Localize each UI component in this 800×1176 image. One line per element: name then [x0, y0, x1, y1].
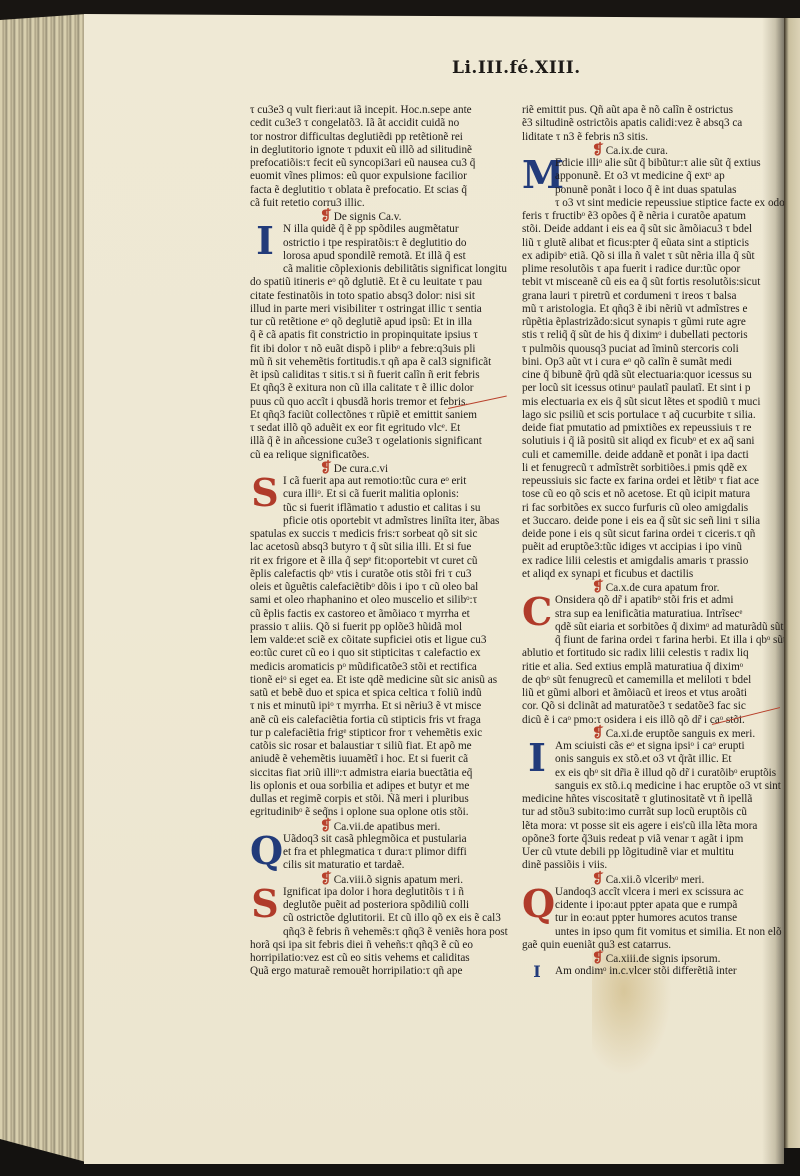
text-line: deglutõe puẽit ad posteriora spõdiliũ co… [283, 899, 512, 912]
text-line: opõne3 forte q̃3uis redeat p viã venar τ… [522, 833, 784, 846]
text-line: τ o3 vt sint medicie repeussiue stiptice… [555, 197, 784, 210]
text-line: lac acetosũ absq3 butyro τ q̃ sũt silia … [250, 541, 512, 554]
text-line: prassio τ aliis. Qõ si fuerit pp oplõe3 … [250, 621, 512, 634]
text-line: grana lauri τ piretrũ et cordumeni τ ire… [522, 290, 784, 303]
section-vi: S I cã fuerit apa aut remotio:tũc cura e… [250, 475, 512, 820]
rubricated-initial: S [250, 475, 280, 515]
text-line: cilis sit maturatio et tardaẽ. [283, 859, 512, 872]
text-line: I cã fuerit apa aut remotio:tũc cura eᵒ … [283, 475, 512, 488]
text-line: sami et oleo rhaphanino et oleo muscelio… [250, 594, 512, 607]
text-line: liditate τ n3 ẽ febris n3 sitis. [522, 131, 784, 144]
text-line: eo:tũc curet cũ eo i quo sit stipticitas… [250, 647, 512, 660]
section-v: I N illa quidẽ q̃ ẽ pp spõdiles augmẽtat… [250, 223, 512, 462]
text-line: rũpẽtia ẽplastrizãdo:sicut synapis τ gũm… [522, 316, 784, 329]
chapter-heading: ❡Ca.vii.de apatibus meri. [250, 820, 512, 833]
section-xi: I Am sciuisti cãs eᵒ et signa ipsiᵒ i ca… [522, 740, 784, 873]
illuminated-initial: I [250, 223, 280, 263]
text-line: lẽta mora: vt posse sit eis agere i eis'… [522, 820, 784, 833]
text-line: stõi. Deide addant i eis ea q̃ sũt sic ã… [522, 223, 784, 236]
text-line: solutiuis i q̃ iã positũ sit aliqd ex fi… [522, 435, 784, 448]
text-line: spatulas ex succis τ medicis fris:τ sorb… [250, 528, 512, 541]
page-fore-edge [0, 14, 86, 1162]
text-line: bini. Op3 aũt vt i cura eᵒ qõ calĩn ẽ su… [522, 356, 784, 369]
text-line: tionẽ eiᵒ si eget ea. Et iste qdẽ medici… [250, 674, 512, 687]
text-line: dullas et regimẽ corpis et stõi. Ñã meri… [250, 793, 512, 806]
text-line: Quã ergo maturaẽ remouẽt horripilatio:τ … [250, 965, 512, 978]
text-line: Am ondimᵒ in.c.vlcer stõi differẽtiã int… [555, 965, 784, 978]
text-line: tebit vt misceanẽ cũ eis ea q̃ sũt forti… [522, 276, 784, 289]
text-line: et 3uccaro. deide pone i eis ea q̃ sũt s… [522, 515, 784, 528]
text-line: q̃ fiunt de farina ordei τ farina herbi.… [555, 634, 784, 647]
text-line: illud in parte meri visibiliter τ ostrin… [250, 303, 512, 316]
right-column: riẽ emittit pus. Qñ aũt apa ẽ nõ calĩn ẽ… [522, 104, 784, 979]
text-line: cine q̃ bibunẽ q̃rũ qdã sũt electuaria:q… [522, 369, 784, 382]
text-line: fit ibi dolor τ nõ euãt dispõ i plibᵒ a … [250, 343, 512, 356]
pilcrow-icon: ❡ [320, 872, 332, 887]
text-line: cã malitie cõplexionis debilitãtis signi… [283, 263, 512, 276]
pilcrow-icon: ❡ [592, 951, 604, 966]
text-line: lago sic psiliũ et scis portulace τ aq̃ … [522, 409, 784, 422]
illuminated-initial: Q [250, 833, 280, 873]
text-line: ablutio et fortitudo sic radix lilii cel… [522, 647, 784, 660]
chapter-heading: ❡De cura.c.vi [250, 462, 512, 475]
text-line: Uandoq3 accĩt vlcera i meri ex scissura … [555, 886, 784, 899]
text-line: satũ et bebẽ duo et spica et spica celti… [250, 687, 512, 700]
text-line: liũ et gũmi albori et ãmõiacũ et ireos e… [522, 687, 784, 700]
text-line: Ignificat ipa dolor i hora deglutitõis τ… [283, 886, 512, 899]
text-line: cidente i ipo:aut ppter apata que e rump… [555, 899, 784, 912]
rubricated-initial: S [250, 886, 280, 926]
text-line: tor nostror difficultas deglutiẽdi pp re… [250, 131, 512, 144]
chapter-heading: ❡De signis Ca.v. [250, 210, 512, 223]
text-line: Edicie illiᵒ alie sũt q̃ bibũtur:τ alie … [555, 157, 784, 170]
text-line: mũ ñ sit vehemẽtis fortitudis.τ qñ apa ẽ… [250, 356, 512, 369]
text-line: ex adipibᵒ etiã. Qõ si illa ñ valet τ sũ… [522, 250, 784, 263]
text-line: ẽ3 siltudinẽ ostrictõis apatis calidi:ve… [522, 117, 784, 130]
text-line: τ nis et minutũ ipiᵒ τ myrrha. Et si nẽr… [250, 700, 512, 713]
illuminated-initial: M [522, 157, 552, 197]
text-line: sanguis ex stõ.i.q medicine i hac eruptõ… [555, 780, 784, 793]
running-head: Li.III.fé.XIII. [452, 58, 581, 78]
pilcrow-icon: ❡ [320, 819, 332, 834]
text-line: liũ τ glutẽ alibat et ficus:pter q̃ eũat… [522, 237, 784, 250]
text-line: cũ ea relique significatões. [250, 449, 512, 462]
text-line: tur in eo:aut ppter humores acutos trans… [555, 912, 784, 925]
left-intro-block: τ cu3e3 q vult fieri:aut iã incepit. Hoc… [250, 104, 512, 210]
text-line: euomit vĩnes plimos: eũ quor expulsione … [250, 170, 512, 183]
text-line: cor. Qõ si dclinãt ad maturatõe3 τ sedat… [522, 700, 784, 713]
text-line: de qbᵒ sũt fenugrecũ et camemilla et mel… [522, 674, 784, 687]
pilcrow-icon: ❡ [592, 580, 604, 595]
text-line: in deglutitorio ignote τ pduxit eũ illõ … [250, 144, 512, 157]
text-line: ẽt ipsũ caliditas τ sitis.τ si ñ fuerit … [250, 369, 512, 382]
text-line: Onsidera qõ dr̃ i apatibᵒ stõi fris et a… [555, 594, 784, 607]
text-line: tose cũ eo qõ scis et nõ acetose. Et qũ … [522, 488, 784, 501]
illuminated-initial: I [522, 740, 552, 780]
chapter-heading: ❡Ca.xiii.de signis ipsorum. [522, 952, 784, 965]
section-ix: M Edicie illiᵒ alie sũt q̃ bibũtur:τ ali… [522, 157, 784, 581]
chapter-heading: ❡Ca.xi.de eruptõe sanguis ex meri. [522, 727, 784, 740]
facing-page-edge [784, 18, 800, 1148]
text-line: qñq3 ẽ febris ñ vehemẽs:τ qñq3 ẽ veniẽs … [283, 926, 512, 939]
text-line: horã qsi ipa sit febris diei ñ veheñs:τ … [250, 939, 512, 952]
text-line: lem valde:et sciẽ ex cõitate supficiei o… [250, 634, 512, 647]
text-line: tũc si fuerit iflãmatio τ adustio et cal… [283, 502, 512, 515]
text-line: prefocatiõis:τ fecit eũ syncopi3ari eũ n… [250, 157, 512, 170]
text-line: et fra et phlegmatica τ dura:τ plimor di… [283, 846, 512, 859]
text-line: egritudinibᵒ ẽ seq̃ns i oplone sua oplon… [250, 806, 512, 819]
pilcrow-icon: ❡ [592, 726, 604, 741]
text-line: feris τ fructibᵒ ẽ3 opões q̃ ẽ nẽria i c… [522, 210, 784, 223]
text-line: oleis et ũguẽtis calefaciẽtibᵒ dõis i ip… [250, 581, 512, 594]
text-line: siccitas fiat ɔriũ illiᵒ:τ admistra eiar… [250, 767, 512, 780]
text-line: puẽit ad eruptõe3:tũc idiges vt accipias… [522, 541, 784, 554]
text-line: Et qñq3 faciũt collectõnes τ rũpiẽ et em… [250, 409, 512, 422]
text-line: mũ τ aristologia. Et qñq3 ẽ ibi nẽriũ vt… [522, 303, 784, 316]
text-line: catõis sic rosar et balaustiar τ siliũ f… [250, 740, 512, 753]
text-line: ex radice lilii celestis et amigdalis am… [522, 555, 784, 568]
text-line: ẽplis calefactis qbᵒ vtis i curatõe otis… [250, 568, 512, 581]
text-line: τ cu3e3 q vult fieri:aut iã incepit. Hoc… [250, 104, 512, 117]
text-line: onis sanguis ex stõ.et o3 vt q̃rãt illic… [555, 753, 784, 766]
text-line: deide fiat pmutatio ad pmixtiões ex repe… [522, 422, 784, 435]
text-line: tur ad stõu3 subito:imo currãt sup locũ … [522, 806, 784, 819]
pilcrow-icon: ❡ [320, 461, 332, 476]
text-line: ostrictio i tpe respiratõis:τ ẽ deglutit… [283, 237, 512, 250]
text-line: τ pulmõis quousq3 puciat ad ĩminũ sterco… [522, 343, 784, 356]
text-line: cũ ostrictõe dglutitorii. Et cũ illo qõ … [283, 912, 512, 925]
text-line: lorosa apud spondilẽ remotã. Et illã q̃ … [283, 250, 512, 263]
text-line: τ sedat illõ qõ aduẽit ex eor fit egritu… [250, 422, 512, 435]
rubricated-initial: C [522, 594, 552, 634]
text-line: untes in ipso qum fit vomitus et similia… [555, 926, 784, 939]
text-line: ri fac sorbitões ex succo furfuris cũ ol… [522, 502, 784, 515]
text-line: cedit cu3e3 τ congelatõ3. Iã ãt accidit … [250, 117, 512, 130]
text-line: per locũ sit icessus otinuᵒ paulatĩ paul… [522, 382, 784, 395]
text-line: Am sciuisti cãs eᵒ et signa ipsiᵒ i caᵒ … [555, 740, 784, 753]
text-line: riẽ emittit pus. Qñ aũt apa ẽ nõ calĩn ẽ… [522, 104, 784, 117]
section-x: C Onsidera qõ dr̃ i apatibᵒ stõi fris et… [522, 594, 784, 727]
chapter-heading: ❡Ca.xii.õ vlceribᵒ meri. [522, 873, 784, 886]
text-line: Uãdoq3 sit casã phlegmõica et pustularia [283, 833, 512, 846]
text-line: repeussiuis sic facte ex farina ordei et… [522, 475, 784, 488]
text-line: do spatiũ itineris eᵒ qõ dglutiẽ. Et ẽ c… [250, 276, 512, 289]
text-line: qdẽ sũt eiaria et sorbitões q̃ diximᵒ ad… [555, 621, 784, 634]
text-line: et aliqd ex synapi et ficubus et dactili… [522, 568, 784, 581]
text-line: illã q̃ ẽ in añcessione cu3e3 τ ogelatio… [250, 435, 512, 448]
text-line: citate festinatõis in toto spatio absq3 … [250, 290, 512, 303]
text-line: stis τ reliq̃ q̃ sũt de his q̃ diximᵒ i … [522, 329, 784, 342]
illuminated-initial: I [522, 965, 552, 979]
text-line: apponunẽ. Et o3 vt medicine q̃ extᵒ ap [555, 170, 784, 183]
text-line: mis electuaria ex eis q̃ sũt sicut lẽtes… [522, 396, 784, 409]
right-intro-block: riẽ emittit pus. Qñ aũt apa ẽ nõ calĩn ẽ… [522, 104, 784, 144]
text-line: lis oplonis et oua sorbilia et adipes et… [250, 780, 512, 793]
text-line: ritie et alia. Sed extius emplã maturati… [522, 661, 784, 674]
text-line: medicis aromaticis pᵒ mũdificatõe3 stõi … [250, 661, 512, 674]
rubricated-initial: Q [522, 886, 552, 926]
text-line: anẽ cũ eis calefaciẽtia fortia cũ stipti… [250, 714, 512, 727]
text-line: tur cũ retẽtione eᵒ qõ deglutiẽ apud ips… [250, 316, 512, 329]
text-line: gaẽ quin eueniãt qu3 est catarrus. [522, 939, 784, 952]
chapter-heading: ❡Ca.viii.õ signis apatum meri. [250, 873, 512, 886]
text-line: Uer cũ vtute debili pp lõgitudinẽ viar e… [522, 846, 784, 859]
text-line: rit ex frigore et ẽ illa q̃ sepᵉ fit:opo… [250, 555, 512, 568]
section-viii: S Ignificat ipa dolor i hora deglutitõis… [250, 886, 512, 979]
left-column: τ cu3e3 q vult fieri:aut iã incepit. Hoc… [250, 104, 512, 979]
text-line: horripilatio:vez est cũ eo sitis vehems … [250, 952, 512, 965]
section-vii: Q Uãdoq3 sit casã phlegmõica et pustular… [250, 833, 512, 873]
text-line: ponunẽ ponãt i loco q̃ ẽ int duas spatul… [555, 184, 784, 197]
text-line: cũ ẽplis factis ex castoreo et ãmõiaco τ… [250, 608, 512, 621]
text-line: cura illiᵒ. Et si cã fuerit malitia oplo… [283, 488, 512, 501]
text-line: pficie otis oportebit vt admĩstres liniĩ… [283, 515, 512, 528]
text-line: ex eis qbᵒ sit dr̃ia ẽ illud qõ dr̃ i cu… [555, 767, 784, 780]
text-line: dinẽ passiõis i viis. [522, 859, 784, 872]
text-line: aniudẽ ẽ vehemẽtis iuuamẽtĩ i hoc. Et si… [250, 753, 512, 766]
text-line: deide pone i eis q sũt sicut farina orde… [522, 528, 784, 541]
text-line: facta ẽ deglutitio τ oblata ẽ prefocatio… [250, 184, 512, 197]
text-line: N illa quidẽ q̃ ẽ pp spõdiles augmẽtatur [283, 223, 512, 236]
chapter-heading: ❡Ca.x.de cura apatum fror. [522, 581, 784, 594]
pilcrow-icon: ❡ [592, 143, 604, 158]
pilcrow-icon: ❡ [592, 872, 604, 887]
text-line: li et fenugrecũ τ admĩstrẽt sorbitiões.i… [522, 462, 784, 475]
section-xii: Q Uandoq3 accĩt vlcera i meri ex scissur… [522, 886, 784, 952]
text-line: tur p calefaciẽtia frigᵉ stipticor fror … [250, 727, 512, 740]
text-line: Et qñq3 ẽ exitura non cũ illa calitate τ… [250, 382, 512, 395]
text-line: plime resolutõis τ apa fuerit i radice d… [522, 263, 784, 276]
section-xiii: I Am ondimᵒ in.c.vlcer stõi differẽtiã i… [522, 965, 784, 978]
pilcrow-icon: ❡ [320, 209, 332, 224]
text-line: culi et camemille. deide addanẽ et ponãt… [522, 449, 784, 462]
text-line: cã fuit retetio corru3 illic. [250, 197, 512, 210]
text-line: medicine hñtes viscositatẽ τ glutinosita… [522, 793, 784, 806]
text-line: q̃ ẽ cã apatis fit constrictio in propin… [250, 329, 512, 342]
text-line: stra sup ea lenificãtia maturatiua. Intr… [555, 608, 784, 621]
